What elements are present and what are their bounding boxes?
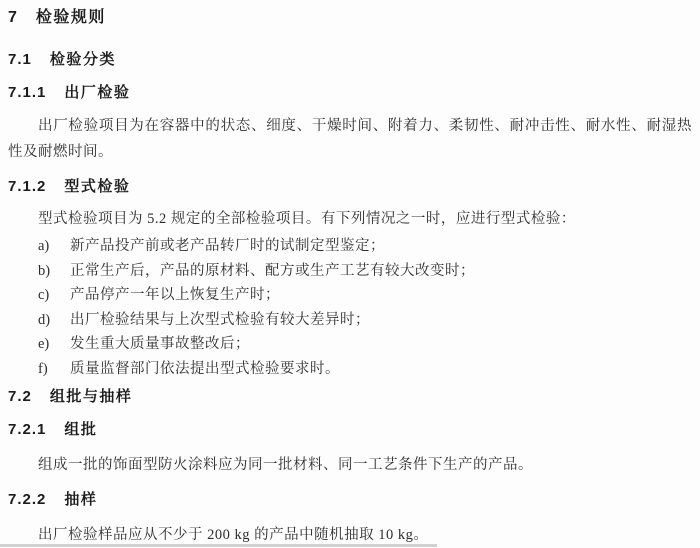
- list-item-text: 正常生产后，产品的原材料、配方或生产工艺有较大改变时；: [70, 259, 692, 284]
- list-item-d: d) 出厂检验结果与上次型式检验有较大差异时；: [8, 308, 692, 333]
- clause-title: 组批: [64, 420, 97, 440]
- list-item-c: c) 产品停产一年以上恢复生产时；: [8, 283, 692, 308]
- clause-number: 7.1.2: [8, 177, 46, 197]
- section-heading-7-2-1: 7.2.1 组批: [8, 420, 692, 440]
- clause-number: 7.1.1: [8, 83, 46, 103]
- clause-title: 组批与抽样: [50, 387, 133, 407]
- scan-edge-artifact: [0, 544, 437, 547]
- clause-title: 出厂检验: [64, 83, 130, 103]
- clause-number: 7.2.1: [8, 420, 46, 440]
- paragraph-type-inspection-intro: 型式检验项目为 5.2 规定的全部检验项目。有下列情况之一时，应进行型式检验：: [8, 206, 692, 232]
- list-item-text: 新产品投产前或老产品转厂时的试制定型鉴定；: [70, 234, 692, 259]
- clause-title: 型式检验: [64, 177, 130, 197]
- clause-title: 检验规则: [36, 8, 106, 28]
- paragraph-factory-inspection-items: 出厂检验项目为在容器中的状态、细度、干燥时间、附着力、柔韧性、耐冲击性、耐水性、…: [8, 113, 692, 165]
- clause-number: 7: [8, 8, 18, 28]
- clause-number: 7.2.2: [8, 490, 46, 510]
- list-marker: d): [38, 308, 70, 333]
- section-heading-7-1: 7.1 检验分类: [8, 50, 692, 70]
- section-heading-7-2-2: 7.2.2 抽样: [8, 490, 692, 510]
- list-marker: f): [38, 357, 70, 382]
- clause-title: 抽样: [64, 490, 97, 510]
- list-marker: e): [38, 332, 70, 357]
- list-item-a: a) 新产品投产前或老产品转厂时的试制定型鉴定；: [8, 234, 692, 259]
- paragraph-batch-definition: 组成一批的饰面型防火涂料应为同一批材料、同一工艺条件下生产的产品。: [8, 452, 692, 478]
- list-item-text: 发生重大质量事故整改后；: [70, 332, 692, 357]
- list-marker: b): [38, 259, 70, 284]
- list-marker: a): [38, 234, 70, 259]
- list-item-text: 产品停产一年以上恢复生产时；: [70, 283, 692, 308]
- document-page: 7 检验规则 7.1 检验分类 7.1.1 出厂检验 出厂检验项目为在容器中的状…: [0, 0, 700, 548]
- list-item-text: 质量监督部门依法提出型式检验要求时。: [70, 357, 692, 382]
- section-heading-7-2: 7.2 组批与抽样: [8, 387, 692, 407]
- list-marker: c): [38, 283, 70, 308]
- section-heading-7-1-1: 7.1.1 出厂检验: [8, 83, 692, 103]
- clause-title: 检验分类: [50, 50, 116, 70]
- list-item-b: b) 正常生产后，产品的原材料、配方或生产工艺有较大改变时；: [8, 259, 692, 284]
- type-inspection-condition-list: a) 新产品投产前或老产品转厂时的试制定型鉴定； b) 正常生产后，产品的原材料…: [8, 234, 692, 381]
- list-item-f: f) 质量监督部门依法提出型式检验要求时。: [8, 357, 692, 382]
- section-heading-7: 7 检验规则: [8, 8, 692, 28]
- clause-number: 7.1: [8, 50, 32, 70]
- section-heading-7-1-2: 7.1.2 型式检验: [8, 177, 692, 197]
- clause-number: 7.2: [8, 387, 32, 407]
- list-item-e: e) 发生重大质量事故整改后；: [8, 332, 692, 357]
- list-item-text: 出厂检验结果与上次型式检验有较大差异时；: [70, 308, 692, 333]
